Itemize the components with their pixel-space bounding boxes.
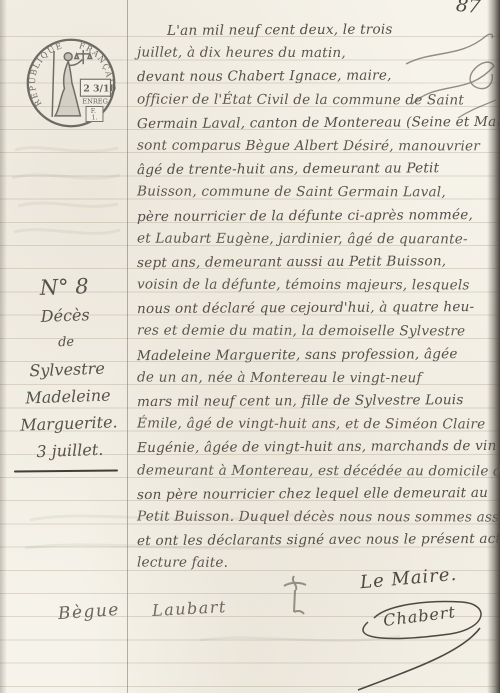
- revenue-stamp: RÉPUBLIQUE FRANÇAISE 2 3/10 ENREG. F. 1.: [24, 36, 118, 130]
- body-line: sept ans, demeurant aussi au Petit Buiss…: [137, 250, 493, 275]
- svg-text:RÉPUBLIQUE: RÉPUBLIQUE: [27, 40, 64, 108]
- body-line: officier de l'État Civil de la commune d…: [137, 88, 493, 112]
- body-line: âgé de trente-huit ans, demeurant au Pet…: [137, 157, 493, 182]
- stamp-denom-1: 1.: [92, 115, 98, 122]
- signature-chabert: Chabert: [382, 602, 457, 630]
- body-line: Germain Laval, canton de Montereau (Sein…: [137, 111, 493, 136]
- body-line: demeurant à Montereau, est décédée au do…: [137, 459, 493, 483]
- act-number: N° 8: [5, 270, 124, 304]
- stamp-enreg: ENREG.: [82, 98, 109, 106]
- body-line: devant nous Chabert Ignace, maire,: [137, 64, 493, 89]
- margin-line-middlename: Marguerite.: [10, 408, 129, 439]
- page-number: 87: [455, 0, 481, 18]
- body-line: Madeleine Marguerite, sans profession, â…: [137, 343, 493, 368]
- body-line: son père nourricier chez lequel elle dem…: [137, 482, 493, 507]
- body-line: et ont les déclarants signé avec nous le…: [137, 528, 493, 553]
- margin-line-firstname: Madeleine: [9, 381, 128, 412]
- body-line: res et demie du matin, la demoiselle Syl…: [137, 320, 493, 344]
- stamp-value: 2 3/10: [83, 83, 116, 94]
- body-line: Eugénie, âgée de vingt-huit ans, marchan…: [137, 435, 493, 460]
- body-line: juillet, à dix heures du matin,: [137, 42, 493, 66]
- body-line: et Laubart Eugène, jardinier, âgé de qua…: [137, 227, 493, 251]
- stamp-text-republique: RÉPUBLIQUE: [27, 40, 64, 108]
- register-page: RÉPUBLIQUE FRANÇAISE 2 3/10 ENREG. F. 1.…: [0, 0, 500, 693]
- body-line: L'an mil neuf cent deux, le trois: [137, 18, 493, 43]
- margin-annotation: N° 8 Décès de Sylvestre Madeleine Margue…: [5, 270, 130, 466]
- margin-line-de: de: [7, 327, 126, 358]
- signature-mayor-flourish: Chabert: [330, 590, 500, 693]
- small-paraph-mark: [276, 572, 316, 617]
- body-line: voisin de la défunte, témoins majeurs, l…: [137, 274, 493, 298]
- body-line: nous ont déclaré que cejourd'hui, à quat…: [137, 296, 493, 321]
- act-body-text: L'an mil neuf cent deux, le trois juille…: [137, 19, 493, 576]
- body-line: père nourricier de la défunte ci-après n…: [137, 203, 493, 228]
- body-line: Émile, âgé de vingt-huit ans, et de Simé…: [137, 413, 493, 437]
- body-line: de un an, née à Montereau le vingt-neuf: [137, 366, 493, 390]
- margin-line-surname: Sylvestre: [8, 354, 127, 385]
- body-line: Buisson, commune de Saint Germain Laval,: [137, 181, 493, 205]
- body-line: Petit Buisson. Duquel décès nous nous so…: [137, 505, 493, 529]
- signature-laubart: Laubart: [152, 597, 228, 620]
- margin-line-deces: Décès: [6, 300, 125, 331]
- margin-line-date: 3 juillet.: [10, 435, 129, 466]
- body-line: sont comparus Bègue Albert Désiré, manou…: [137, 134, 493, 158]
- body-line: mars mil neuf cent un, fille de Sylvestr…: [137, 389, 493, 414]
